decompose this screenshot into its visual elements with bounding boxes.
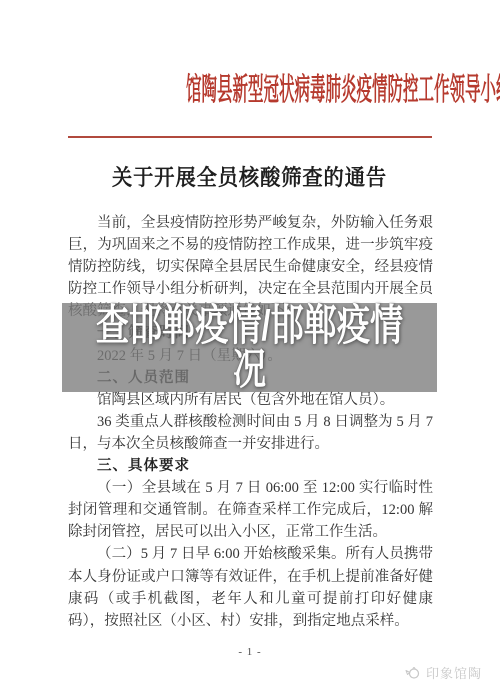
doc-title-text: 关于开展全员核酸筛查的通告: [112, 161, 387, 192]
org-header: 馆陶县新型冠状病毒肺炎疫情防控工作领导小组办公室: [0, 70, 500, 110]
watermark-text-line2: 况: [233, 348, 266, 392]
doc-title: 关于开展全员核酸筛查的通告: [0, 161, 500, 192]
whale-icon: [404, 666, 422, 679]
brand-label: 印象馆陶: [426, 663, 482, 682]
document-page: { "header": { "org_name": "馆陶县新型冠状病毒肺炎疫情…: [0, 0, 500, 692]
doc-body: 当前，全县疫情防控形势严峻复杂，外防输入任务艰巨，为巩固来之不易的疫情防控工作成…: [68, 212, 433, 632]
watermark-text-line1: 查邯郸疫情/邯郸疫情: [96, 304, 403, 348]
brand-watermark: 印象馆陶: [404, 663, 482, 682]
section-heading-requirements: 三、具体要求: [68, 455, 433, 477]
red-divider: [68, 136, 432, 138]
page-number: - 1 -: [0, 646, 500, 658]
watermark-overlay: 查邯郸疫情/邯郸疫情 况: [62, 303, 437, 392]
paragraph-requirement-2: （二）5 月 7 日早 6:00 开始核酸采集。所有人员携带本人身份证或户口簿等…: [68, 543, 433, 631]
paragraph-requirement-1: （一）全县域在 5 月 7 日 06:00 至 12:00 实行临时性封闭管理和…: [68, 477, 433, 543]
paragraph-key-groups: 36 类重点人群核酸检测时间由 5 月 8 日调整为 5 月 7 日，与本次全员…: [68, 411, 433, 455]
org-header-text: 馆陶县新型冠状病毒肺炎疫情防控工作领导小组办公室: [186, 70, 500, 110]
